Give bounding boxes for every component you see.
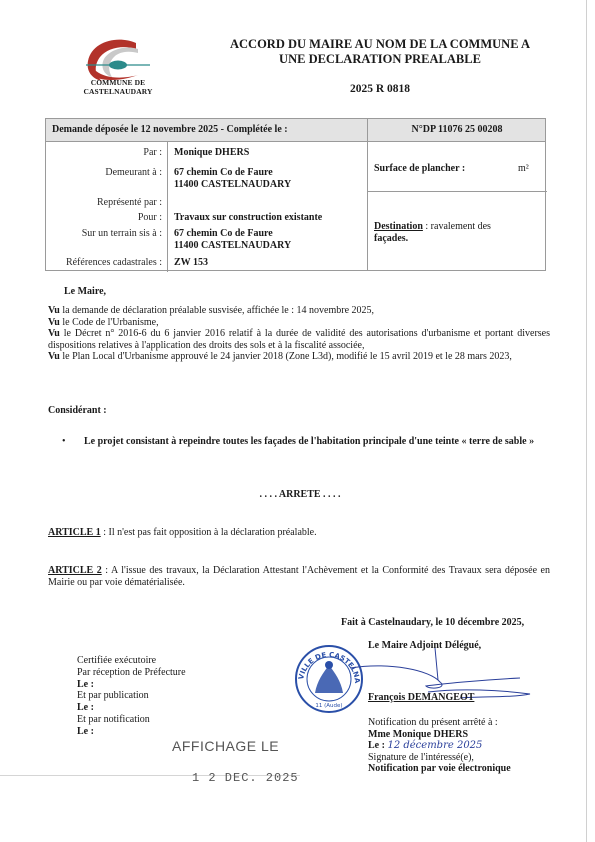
label-terrain: Sur un terrain sis à :	[82, 228, 162, 239]
destination-value-2: façades.	[374, 233, 544, 245]
article-1: ARTICLE 1 : Il n'est pas fait opposition…	[48, 527, 550, 539]
affichage-date: 1 2 DEC. 2025	[192, 771, 299, 785]
cert-le: Le :	[77, 702, 186, 714]
title-line-2: UNE DECLARATION PREALABLE	[200, 52, 560, 67]
affichage-stamp: AFFICHAGE LE	[172, 738, 279, 754]
vu-item: Vu le Plan Local d'Urbanisme approuvé le…	[48, 351, 550, 363]
label-cadastre: Références cadastrales :	[66, 257, 162, 268]
surface-field: Surface de plancher : m²	[374, 163, 544, 175]
article-1-label: ARTICLE 1	[48, 527, 101, 538]
label-demeurant: Demeurant à :	[105, 167, 162, 178]
vu-item: Vu le Code de l'Urbanisme,	[48, 317, 550, 329]
value-demeurant: 67 chemin Co de Faure 11400 CASTELNAUDAR…	[174, 167, 291, 191]
vu-text: le Décret n° 2016-6 du 6 janvier 2016 re…	[48, 328, 550, 351]
considerant-heading: Considérant :	[48, 405, 107, 416]
notification-intro: Notification du présent arrêté à :	[368, 717, 511, 729]
vu-item: Vu la demande de déclaration préalable s…	[48, 305, 550, 317]
article-2-text: : A l'issue des travaux, la Déclaration …	[48, 565, 550, 588]
application-table: Demande déposée le 12 novembre 2025 - Co…	[45, 118, 546, 271]
logo-line-2: CASTELNAUDARY	[72, 87, 164, 96]
notification-electronic: Notification par voie électronique	[368, 763, 511, 775]
vu-text: la demande de déclaration préalable susv…	[60, 305, 374, 316]
cert-le: Le :	[77, 679, 186, 691]
arrete-heading: . . . . ARRETE . . . .	[100, 489, 500, 500]
cert-line: Et par publication	[77, 690, 186, 702]
notification-recipient: Mme Monique DHERS	[368, 729, 511, 741]
notification-signature-line: Signature de l'intéressé(e),	[368, 752, 511, 764]
signatory-name: François DEMANGEOT	[368, 692, 474, 703]
label-pour: Pour :	[138, 212, 162, 223]
bullet-icon: •	[62, 436, 66, 447]
article-2-label: ARTICLE 2	[48, 565, 102, 576]
article-1-text: : Il n'est pas fait opposition à la décl…	[101, 527, 317, 538]
terrain-line-1: 67 chemin Co de Faure	[174, 228, 291, 240]
value-pour: Travaux sur construction existante	[174, 212, 322, 224]
value-cadastre: ZW 153	[174, 257, 208, 269]
notification-block: Notification du présent arrêté à : Mme M…	[368, 717, 511, 775]
surface-label: Surface de plancher :	[374, 163, 465, 174]
page-edge	[586, 0, 587, 842]
destination-field: Destination : ravalement des façades.	[374, 221, 544, 245]
cert-line: Par réception de Préfecture	[77, 667, 186, 679]
handwritten-signature-icon	[330, 640, 560, 720]
destination-label: Destination	[374, 221, 423, 232]
vu-text: le Plan Local d'Urbanisme approuvé le 24…	[60, 351, 512, 362]
submission-date: Demande déposée le 12 novembre 2025 - Co…	[52, 124, 288, 135]
vu-item: Vu le Décret n° 2016-6 du 6 janvier 2016…	[48, 328, 550, 351]
right-row-divider	[368, 191, 547, 192]
cert-le: Le :	[77, 726, 186, 738]
address-line-2: 11400 CASTELNAUDARY	[174, 179, 291, 191]
label-par: Par :	[143, 147, 162, 158]
certification-block: Certifiée exécutoire Par réception de Pr…	[77, 655, 186, 738]
cert-line: Et par notification	[77, 714, 186, 726]
cert-line: Certifiée exécutoire	[77, 655, 186, 667]
surface-unit: m²	[518, 163, 529, 175]
vu-list: Vu la demande de déclaration préalable s…	[48, 305, 550, 363]
document-title: ACCORD DU MAIRE AU NOM DE LA COMMUNE A U…	[200, 37, 560, 67]
destination-value: : ravalement des	[423, 221, 491, 232]
label-divider	[167, 141, 168, 272]
notification-handwritten-date: 12 décembre 2025	[387, 740, 482, 751]
address-line-1: 67 chemin Co de Faure	[174, 167, 291, 179]
title-line-1: ACCORD DU MAIRE AU NOM DE LA COMMUNE A	[200, 37, 560, 52]
vu-prefix: Vu	[48, 351, 60, 362]
vu-prefix: Vu	[48, 305, 60, 316]
value-terrain: 67 chemin Co de Faure 11400 CASTELNAUDAR…	[174, 228, 291, 252]
vu-text: le Code de l'Urbanisme,	[60, 317, 159, 328]
reference-number: 2025 R 0818	[200, 83, 560, 95]
article-2: ARTICLE 2 : A l'issue des travaux, la Dé…	[48, 565, 550, 588]
notification-le-label: Le :	[368, 740, 385, 751]
commune-name: COMMUNE DE CASTELNAUDARY	[72, 78, 164, 96]
le-maire-heading: Le Maire,	[64, 286, 106, 297]
considerant-item: Le projet consistant à repeindre toutes …	[84, 436, 550, 448]
fait-a: Fait à Castelnaudary, le 10 décembre 202…	[341, 617, 524, 628]
label-represente: Représenté par :	[97, 197, 162, 208]
terrain-line-2: 11400 CASTELNAUDARY	[174, 240, 291, 252]
logo-line-1: COMMUNE DE	[72, 78, 164, 87]
vu-prefix: Vu	[48, 328, 60, 339]
notification-date: Le : 12 décembre 2025	[368, 740, 511, 752]
value-par: Monique DHERS	[174, 147, 249, 159]
vu-prefix: Vu	[48, 317, 60, 328]
column-divider	[367, 119, 368, 270]
dp-number: N°DP 11076 25 00208	[368, 124, 546, 135]
